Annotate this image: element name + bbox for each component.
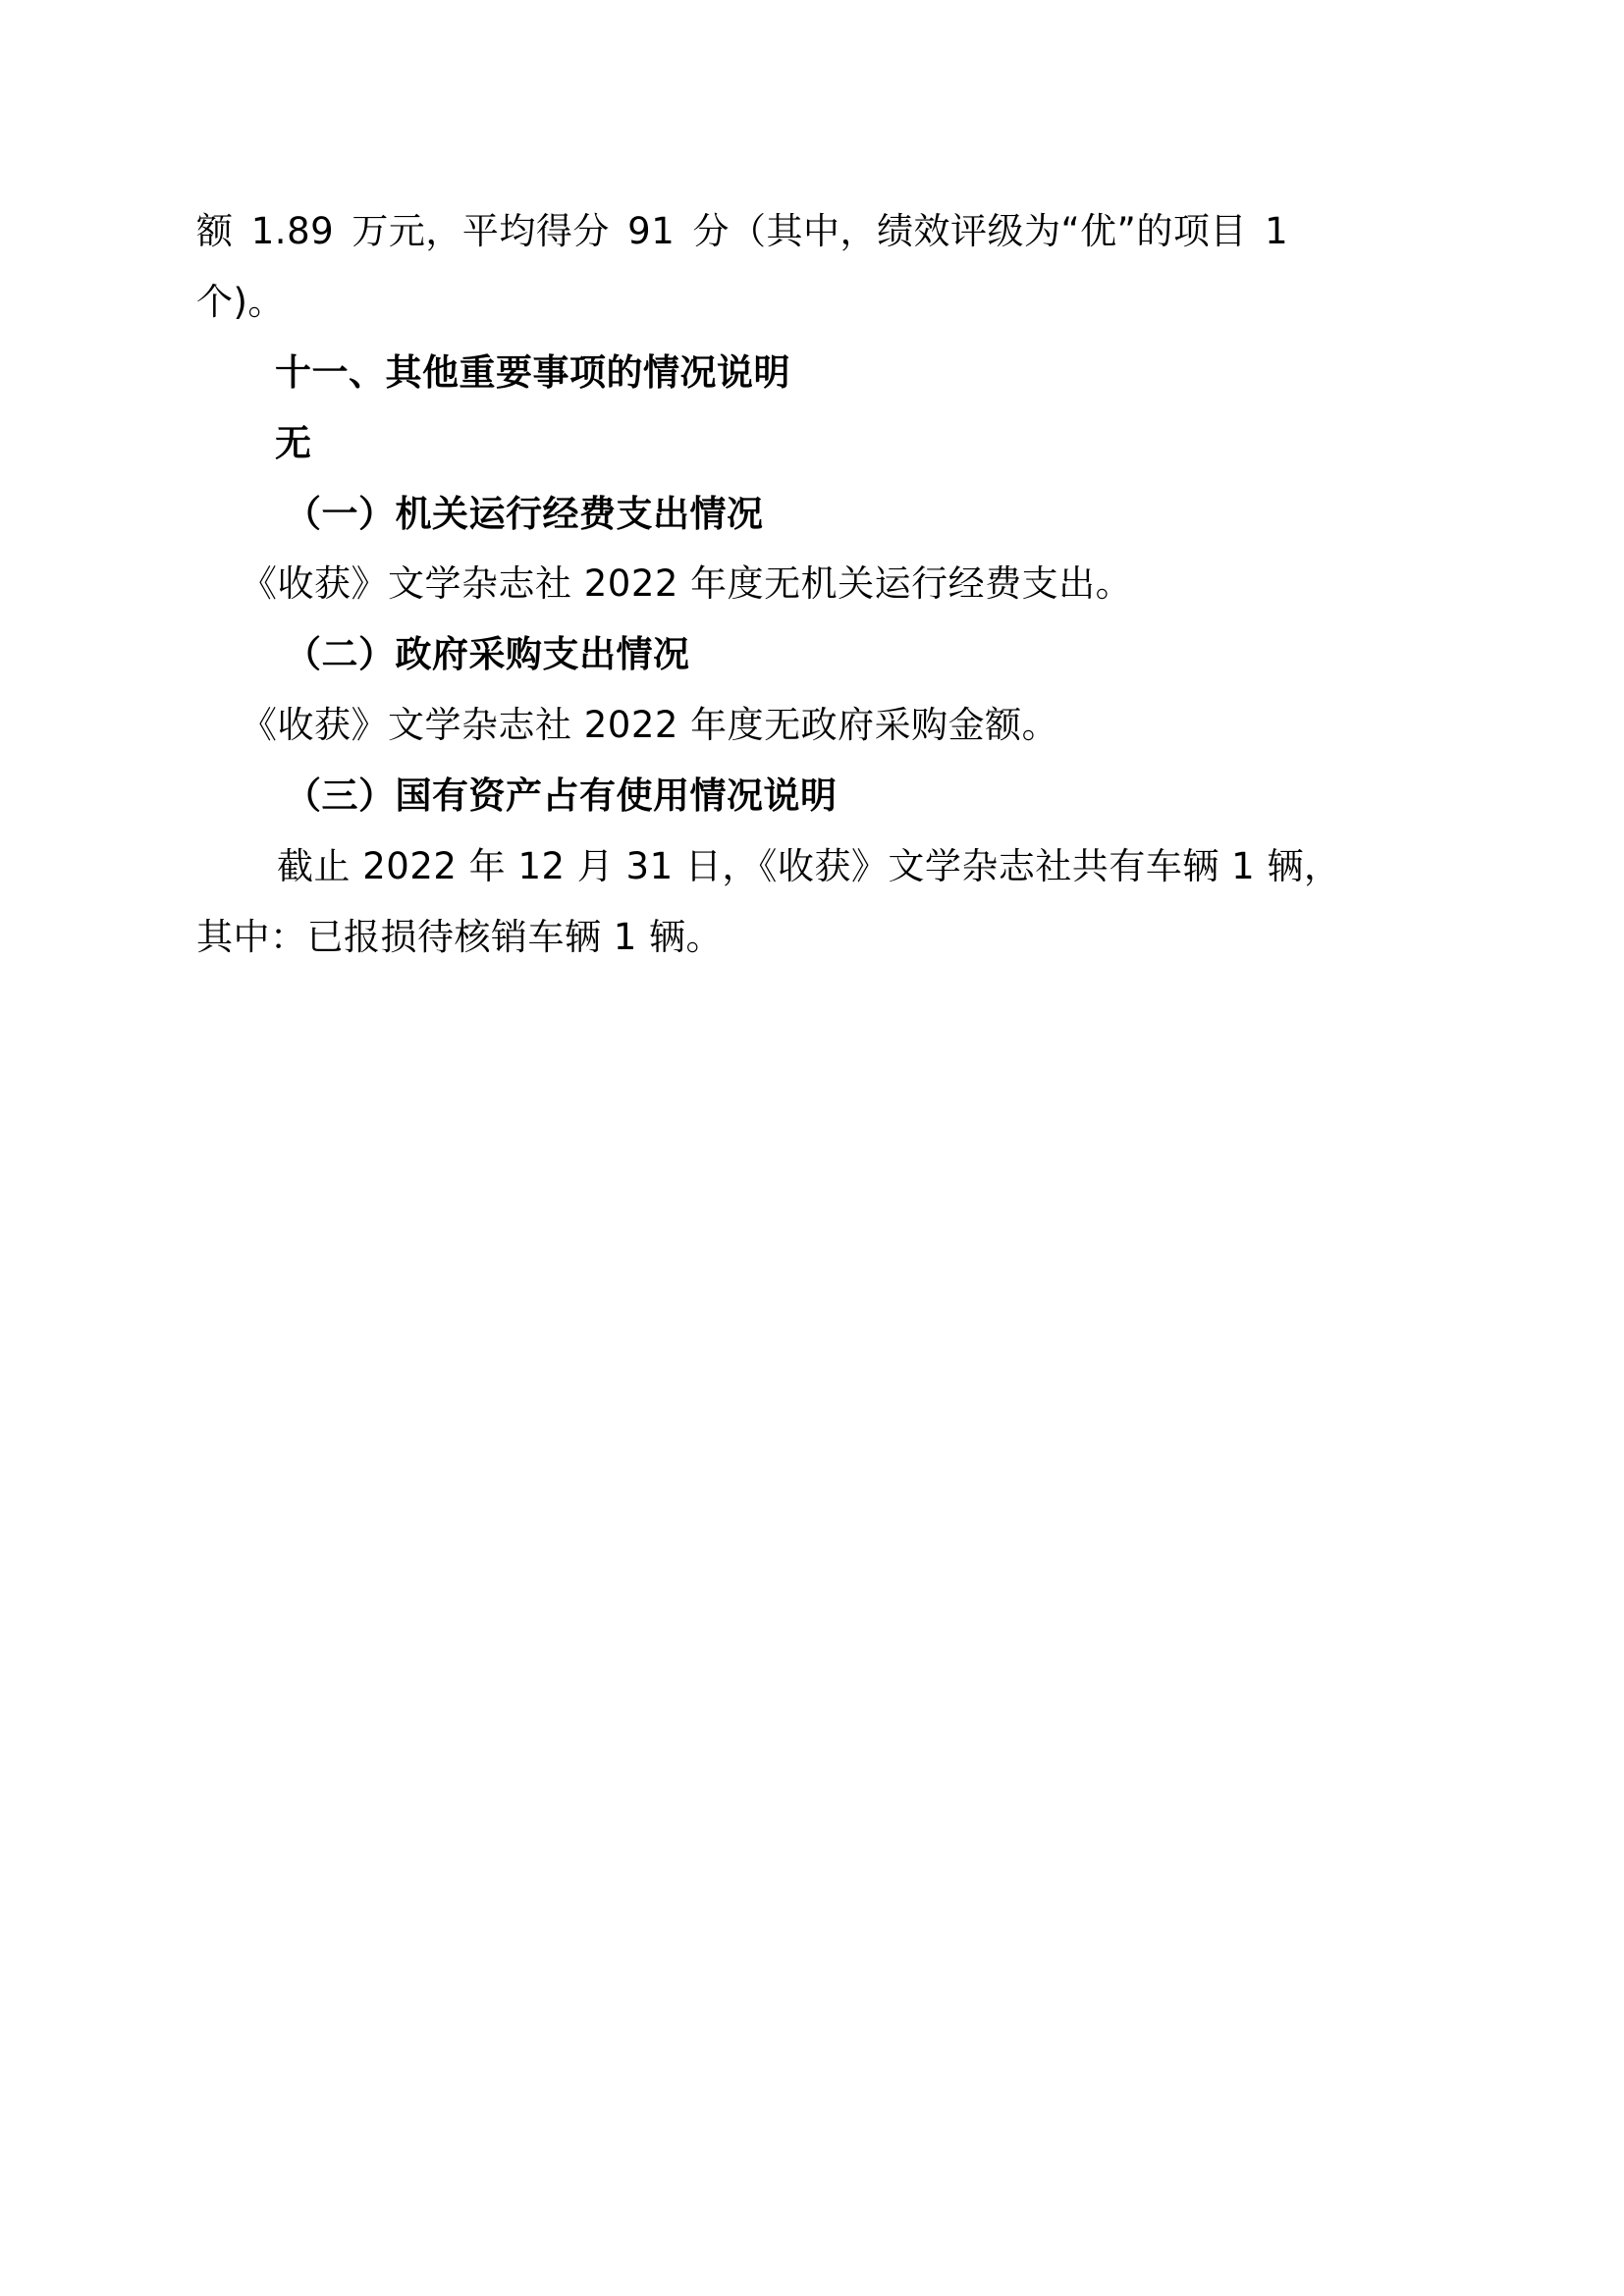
paragraph-continuation-line-2: 个)。 — [196, 279, 285, 326]
section-content-none: 无 — [275, 420, 312, 467]
subsection-text-government-procurement: 《收获》文学杂志社 2022 年度无政府采购金额。 — [241, 702, 1058, 749]
subsection-heading-state-assets: （三）国有资产占有使用情况说明 — [285, 773, 838, 820]
subsection-text-state-assets-line-1: 截止 2022 年 12 月 31 日，《收获》文学杂志社共有车辆 1 辆， — [277, 843, 1340, 890]
subsection-text-operating-expenses: 《收获》文学杂志社 2022 年度无机关运行经费支出。 — [241, 561, 1132, 608]
subsection-text-state-assets-line-2: 其中：已报损待核销车辆 1 辆。 — [196, 914, 723, 961]
subsection-heading-government-procurement: （二）政府采购支出情况 — [285, 631, 690, 678]
paragraph-continuation-line-1: 额 1.89 万元，平均得分 91 分（其中，绩效评级为“优”的项目 1 — [196, 208, 1288, 255]
section-heading-other-matters: 十一、其他重要事项的情况说明 — [275, 349, 790, 397]
subsection-heading-operating-expenses: （一）机关运行经费支出情况 — [285, 491, 764, 538]
document-page: 额 1.89 万元，平均得分 91 分（其中，绩效评级为“优”的项目 1 个)。… — [0, 0, 1624, 2296]
